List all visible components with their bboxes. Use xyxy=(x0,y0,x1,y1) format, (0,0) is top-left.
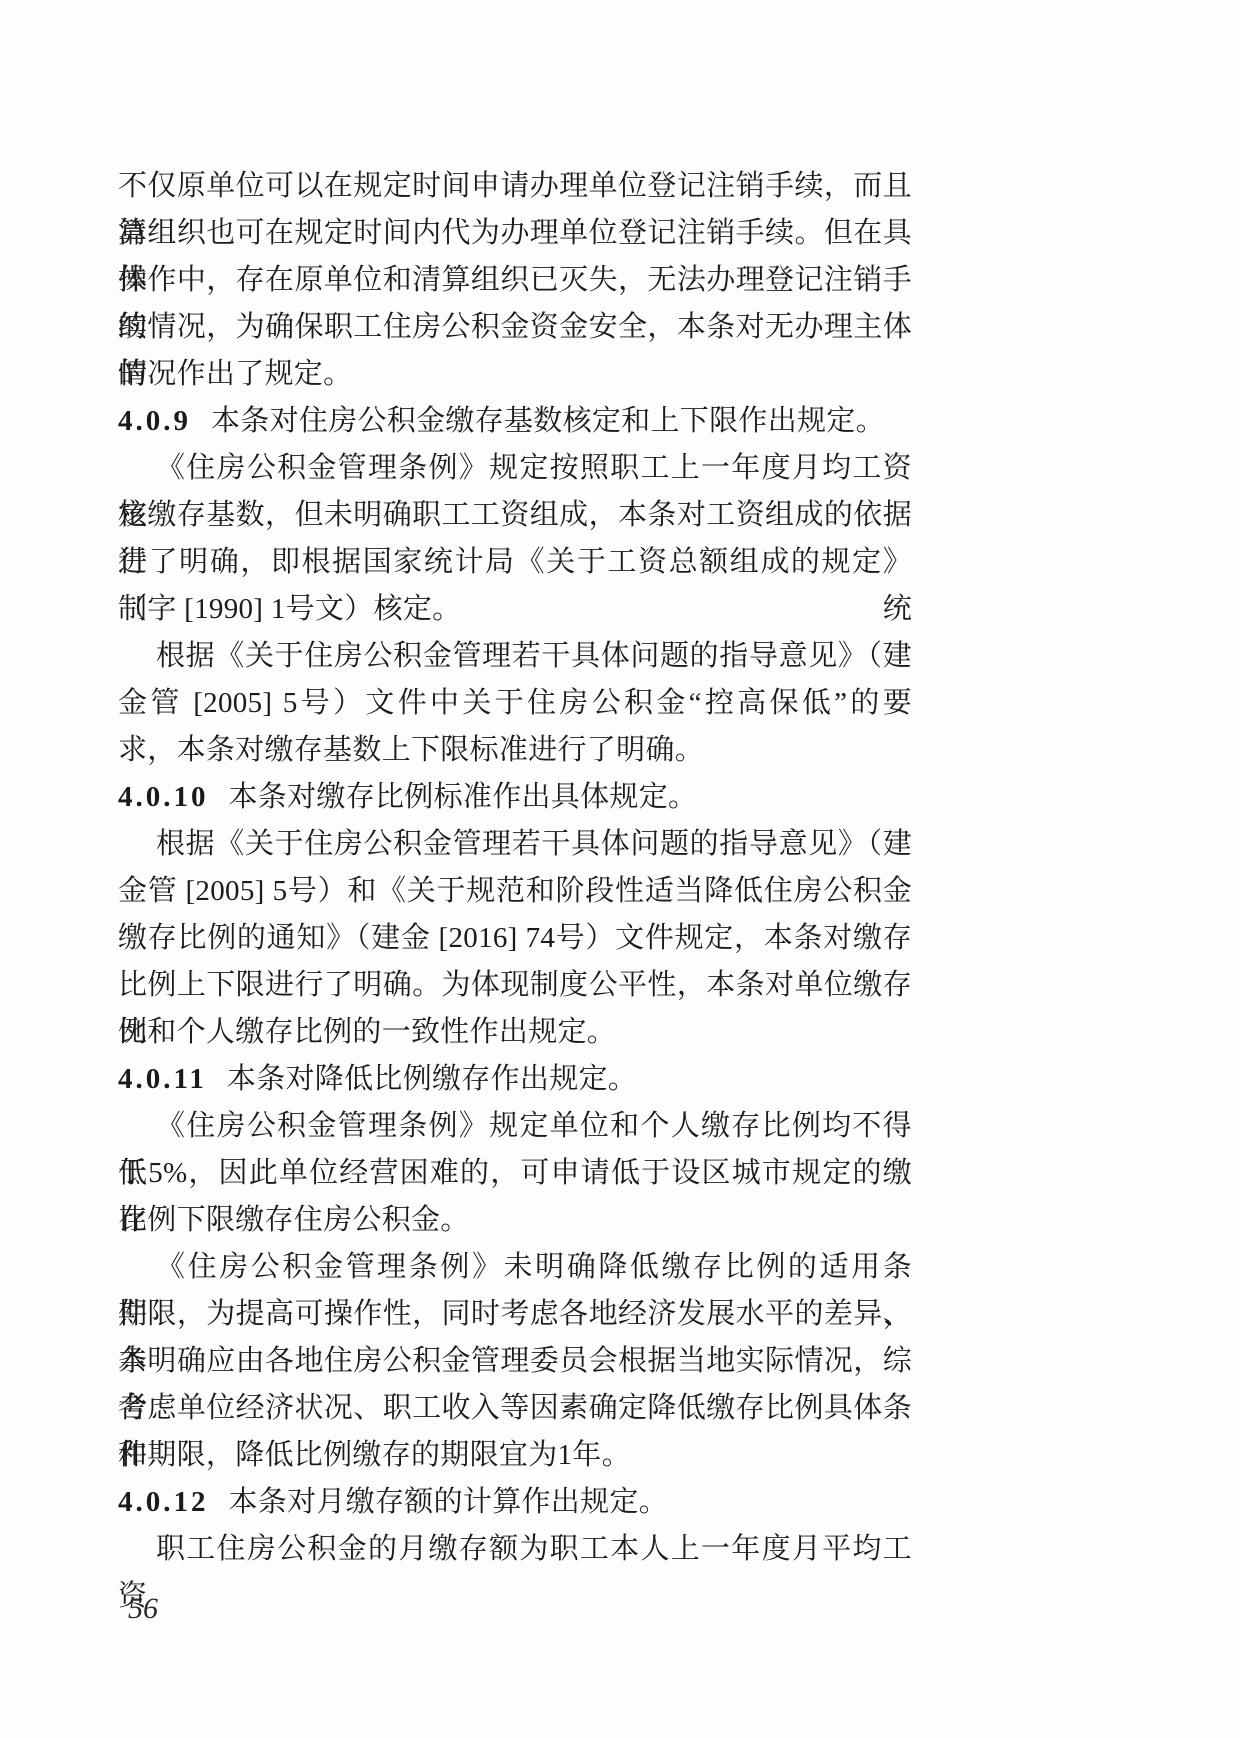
paragraph-section: 4.0.12本条对月缴存额的计算作出规定。 xyxy=(118,1479,912,1526)
text-line: 金管 [2005] 5号）和《关于规范和阶段性适当降低住房公积金 xyxy=(118,868,912,915)
section-text: 本条对降低比例缴存作出规定。 xyxy=(227,1063,637,1095)
text-line: 考虑单位经济状况、职工收入等因素确定降低缴存比例具体条件 xyxy=(118,1385,912,1432)
section-heading: 4.0.10本条对缴存比例标准作出具体规定。 xyxy=(118,774,912,821)
section-heading: 4.0.12本条对月缴存额的计算作出规定。 xyxy=(118,1479,912,1526)
page-text: 不仅原单位可以在规定时间申请办理单位登记注销手续，而且清 算组织也可在规定时间内… xyxy=(118,163,912,1573)
text-line: 比例下限缴存住房公积金。 xyxy=(118,1197,912,1244)
text-line: 的情况，为确保职工住房公积金资金安全，本条对无办理主体的 xyxy=(118,304,912,351)
text-line: 求，本条对缴存基数上下限标准进行了明确。 xyxy=(118,727,912,774)
page-number: 56 xyxy=(128,1585,158,1632)
section-number: 4.0.12 xyxy=(118,1486,209,1518)
section-text: 本条对缴存比例标准作出具体规定。 xyxy=(229,781,698,813)
section-heading: 4.0.9本条对住房公积金缴存基数核定和上下限作出规定。 xyxy=(118,398,912,445)
text-line: 缴存比例的通知》（建金 [2016] 74号）文件规定，本条对缴存 xyxy=(118,915,912,962)
paragraph: 根据《关于住房公积金管理若干具体问题的指导意见》（建 金管 [2005] 5号）… xyxy=(118,633,912,774)
text-line: 职工住房公积金的月缴存额为职工本人上一年度月平均工资 xyxy=(118,1526,912,1573)
section-text: 本条对月缴存额的计算作出规定。 xyxy=(229,1486,669,1518)
text-line: 不仅原单位可以在规定时间申请办理单位登记注销手续，而且清 xyxy=(118,163,912,210)
paragraph: 《住房公积金管理条例》未明确降低缴存比例的适用条件、 期限，为提高可操作性，同时… xyxy=(118,1244,912,1479)
text-line: 情况作出了规定。 xyxy=(118,351,912,398)
text-line: 于5%，因此单位经营困难的，可申请低于设区城市规定的缴存 xyxy=(118,1150,912,1197)
text-line: 《住房公积金管理条例》规定单位和个人缴存比例均不得低 xyxy=(118,1103,912,1150)
text-line: 比例上下限进行了明确。为体现制度公平性，本条对单位缴存比 xyxy=(118,962,912,1009)
paragraph: 职工住房公积金的月缴存额为职工本人上一年度月平均工资 xyxy=(118,1526,912,1573)
text-line: 操作中，存在原单位和清算组织已灭失，无法办理登记注销手续 xyxy=(118,257,912,304)
section-number: 4.0.9 xyxy=(118,405,191,437)
text-line: 《住房公积金管理条例》规定按照职工上一年度月均工资核 xyxy=(118,445,912,492)
text-line: 根据《关于住房公积金管理若干具体问题的指导意见》（建 xyxy=(118,633,912,680)
text-line: 行了明确，即根据国家统计局《关于工资总额组成的规定》（统 xyxy=(118,539,912,586)
paragraph: 《住房公积金管理条例》规定按照职工上一年度月均工资核 定缴存基数，但未明确职工工… xyxy=(118,445,912,633)
text-line: 期限，为提高可操作性，同时考虑各地经济发展水平的差异，本 xyxy=(118,1291,912,1338)
paragraph: 不仅原单位可以在规定时间申请办理单位登记注销手续，而且清 算组织也可在规定时间内… xyxy=(118,163,912,398)
text-line: 《住房公积金管理条例》未明确降低缴存比例的适用条件、 xyxy=(118,1244,912,1291)
document-page: 不仅原单位可以在规定时间申请办理单位登记注销手续，而且清 算组织也可在规定时间内… xyxy=(0,0,1240,1738)
paragraph: 根据《关于住房公积金管理若干具体问题的指导意见》（建 金管 [2005] 5号）… xyxy=(118,821,912,1056)
section-heading: 4.0.11本条对降低比例缴存作出规定。 xyxy=(118,1056,912,1103)
paragraph: 《住房公积金管理条例》规定单位和个人缴存比例均不得低 于5%，因此单位经营困难的… xyxy=(118,1103,912,1244)
paragraph-section: 4.0.11本条对降低比例缴存作出规定。 xyxy=(118,1056,912,1103)
text-line: 条明确应由各地住房公积金管理委员会根据当地实际情况，综合 xyxy=(118,1338,912,1385)
section-number: 4.0.10 xyxy=(118,781,209,813)
text-line: 定缴存基数，但未明确职工工资组成，本条对工资组成的依据进 xyxy=(118,492,912,539)
paragraph-section: 4.0.9本条对住房公积金缴存基数核定和上下限作出规定。 xyxy=(118,398,912,445)
text-line: 金管 [2005] 5号）文件中关于住房公积金“控高保低”的要 xyxy=(118,680,912,727)
text-line: 算组织也可在规定时间内代为办理单位登记注销手续。但在具体 xyxy=(118,210,912,257)
paragraph-section: 4.0.10本条对缴存比例标准作出具体规定。 xyxy=(118,774,912,821)
section-number: 4.0.11 xyxy=(118,1063,207,1095)
section-text: 本条对住房公积金缴存基数核定和上下限作出规定。 xyxy=(211,405,885,437)
text-line: 例和个人缴存比例的一致性作出规定。 xyxy=(118,1009,912,1056)
text-line: 和期限，降低比例缴存的期限宜为1年。 xyxy=(118,1432,912,1479)
text-line: 根据《关于住房公积金管理若干具体问题的指导意见》（建 xyxy=(118,821,912,868)
